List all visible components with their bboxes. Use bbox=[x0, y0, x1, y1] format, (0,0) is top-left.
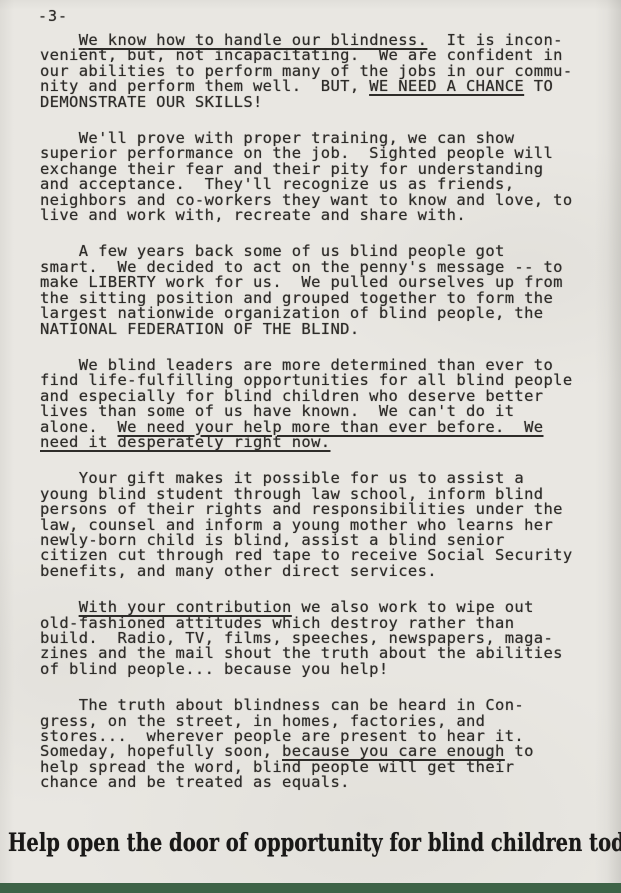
paragraph: We'll prove with proper training, we can… bbox=[40, 131, 607, 223]
text-run: We'll prove with proper training, we can… bbox=[40, 129, 573, 224]
text-run: Your gift makes it possible for us to as… bbox=[40, 469, 573, 579]
paragraph: The truth about blindness can be heard i… bbox=[40, 698, 607, 790]
page-number: -3- bbox=[38, 7, 68, 25]
paragraph: With your contribution we also work to w… bbox=[40, 600, 607, 677]
footer-headline: Help open the door of opportunity for bl… bbox=[8, 828, 621, 857]
text-run: A few years back some of us blind people… bbox=[40, 242, 563, 337]
paragraph: Your gift makes it possible for us to as… bbox=[40, 471, 607, 579]
paragraph: We know how to handle our blindness. It … bbox=[40, 33, 607, 110]
paragraph: A few years back some of us blind people… bbox=[40, 244, 607, 336]
letter-body: We know how to handle our blindness. It … bbox=[40, 33, 607, 812]
paragraph: We blind leaders are more determined tha… bbox=[40, 358, 607, 450]
bottom-green-bar bbox=[0, 883, 621, 893]
underlined-text-run: WE NEED A CHANCE bbox=[369, 77, 524, 95]
document-page: -3- We know how to handle our blindness.… bbox=[0, 0, 621, 893]
